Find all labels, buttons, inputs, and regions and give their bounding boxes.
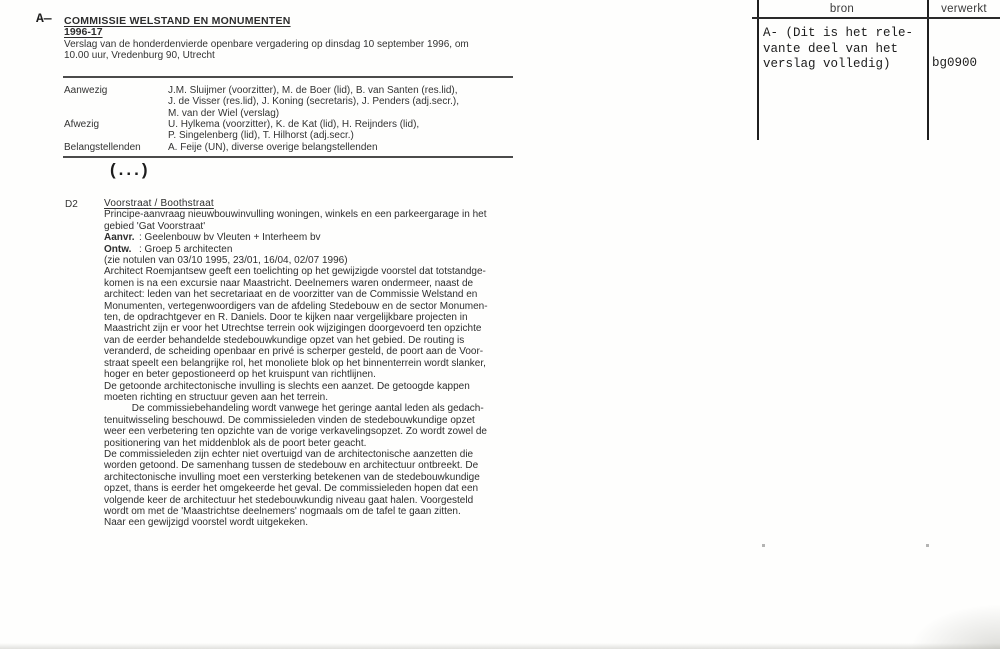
typewritten-source-note: A- (Dit is het rele- vante deel van het … [763,26,913,73]
column-header-verwerkt: verwerkt [928,3,1000,15]
attendance-label: Aanwezig [64,85,168,119]
attendance-label: Afwezig [64,119,168,142]
attendance-value: J.M. Sluijmer (voorzitter), M. de Boer (… [168,85,459,119]
divider-bottom [63,156,513,158]
applicant-value: : Geelenbouw bv Vleuten + Interheem bv [139,232,321,243]
designer-label: Ontw. [104,244,139,255]
divider-top [63,76,513,78]
scan-corner-shadow [910,604,1000,649]
document-subtitle: Verslag van de honderdenvierde openbare … [64,39,469,62]
scanned-document-page: A— COMMISSIE WELSTAND EN MONUMENTEN 1996… [0,0,1000,649]
agenda-item-code: D2 [65,199,78,210]
agenda-item-d2: Voorstraat / Boothstraat Principe-aanvra… [104,198,544,529]
typewritten-processed-code: bg0900 [932,56,977,70]
agenda-designer-row: Ontw.: Groep 5 architecten [104,244,544,255]
designer-value: : Groep 5 architecten [139,244,232,255]
document-title: COMMISSIE WELSTAND EN MONUMENTEN [64,16,469,27]
agenda-item-body: Architect Roemjantsew geeft een toelicht… [104,266,544,528]
attendance-table: Aanwezig J.M. Sluijmer (voorzitter), M. … [64,85,459,153]
applicant-label: Aanvr. [104,232,139,243]
agenda-item-intro: Principe-aanvraag nieuwbouwinvulling won… [104,209,544,232]
attendance-value: U. Hylkema (voorzitter), K. de Kat (lid)… [168,119,419,142]
omission-marker: (...) [110,160,151,180]
registration-strip-left-border [757,0,759,140]
scan-speck [762,544,765,547]
registration-strip-column-divider [927,0,929,140]
registration-strip-header-rule [752,17,1000,19]
attendance-value: A. Feije (UN), diverse overige belangste… [168,142,378,153]
attendance-row-aanwezig: Aanwezig J.M. Sluijmer (voorzitter), M. … [64,85,459,119]
document-number: 1996-17 [64,27,469,38]
agenda-applicant-row: Aanvr.: Geelenbouw bv Vleuten + Interhee… [104,232,544,243]
agenda-minutes-reference: (zie notulen van 03/10 1995, 23/01, 16/0… [104,255,544,266]
column-header-bron: bron [757,3,927,15]
attendance-label: Belangstellenden [64,142,168,153]
scan-edge-shadow [0,643,1000,649]
document-header: COMMISSIE WELSTAND EN MONUMENTEN 1996-17… [64,16,469,61]
attendance-row-belangstellenden: Belangstellenden A. Feije (UN), diverse … [64,142,459,153]
attendance-row-afwezig: Afwezig U. Hylkema (voorzitter), K. de K… [64,119,459,142]
scan-speck [926,544,929,547]
margin-marker-a: A— [36,11,52,26]
agenda-item-title: Voorstraat / Boothstraat [104,198,214,209]
